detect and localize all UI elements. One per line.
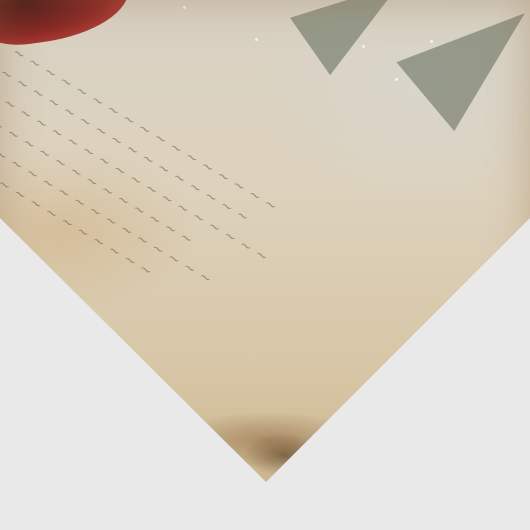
snowflake <box>255 38 258 41</box>
snowflake <box>183 6 186 9</box>
snowflake <box>430 40 433 43</box>
snowflake <box>362 45 365 48</box>
snowflake <box>395 78 398 81</box>
product-photo: ~ ~ ~ ~ ~ ~ ~ ~ ~ ~ ~ ~ ~ ~ ~ ~ ~ ~ ~ ~ … <box>0 0 530 530</box>
